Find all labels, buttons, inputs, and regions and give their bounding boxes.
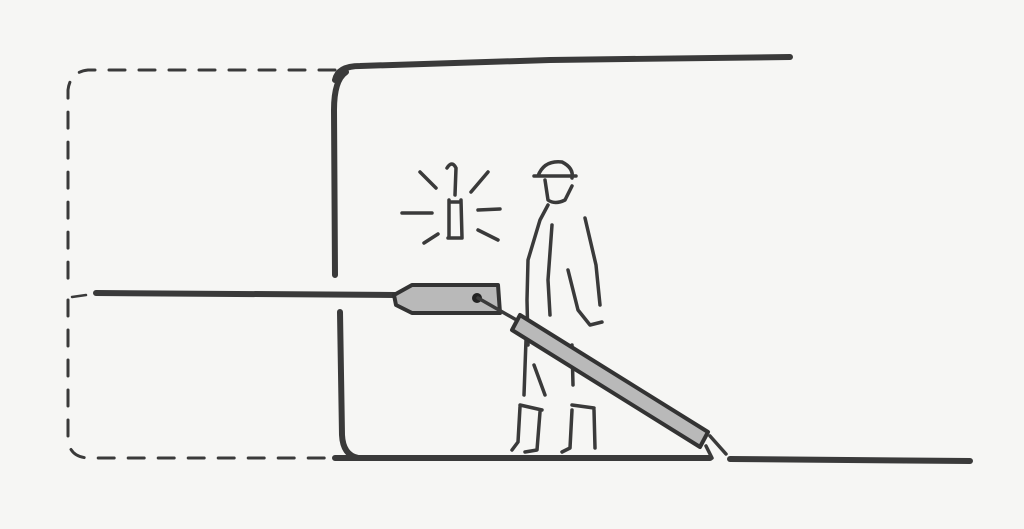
ground-line	[335, 458, 970, 461]
work-lamp	[402, 164, 500, 243]
worker	[512, 162, 602, 452]
guide-line	[96, 293, 395, 295]
tunnel-wall	[334, 72, 358, 458]
ceiling-line	[335, 57, 790, 80]
pipe-segment	[394, 285, 500, 313]
sketch-canvas	[0, 0, 1024, 529]
dashed-outline	[68, 70, 335, 458]
